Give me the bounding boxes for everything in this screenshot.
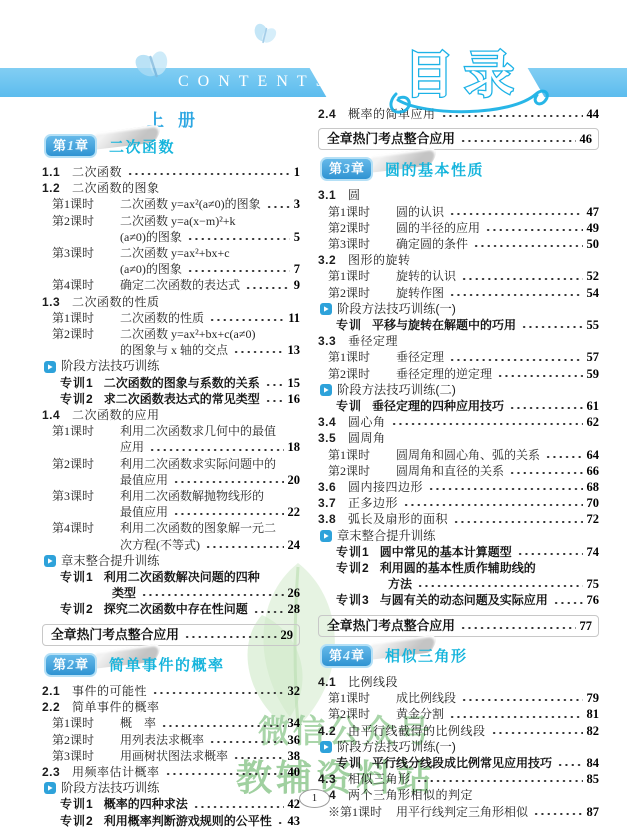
toc-logo: 目录	[380, 32, 556, 122]
section-title: 正多边形	[348, 495, 398, 511]
section-number: 4.2	[318, 723, 348, 739]
entry-text: 圆周角和圆心角、弧的关系	[396, 447, 540, 463]
toc-special-training-row: 专训2探究二次函数中存在性问题28	[42, 601, 300, 617]
chapter-banner: 第4章相似三角形	[320, 643, 599, 669]
dot-leader	[141, 593, 283, 597]
lesson-label: 第1课时	[52, 423, 110, 439]
entry-text: 二次函数的图象与系数的关系	[104, 375, 260, 391]
chapter-title: 相似三角形	[385, 645, 468, 666]
entry-text: 全章热门考点整合应用	[327, 618, 455, 634]
section-number: 1.2	[42, 180, 72, 196]
toc-section-row: 1.4二次函数的应用	[42, 407, 300, 423]
section-title: 圆周角	[348, 430, 386, 446]
page-number: 50	[587, 236, 600, 252]
lesson-label: 第1课时	[328, 447, 386, 463]
toc-section-row: 1.1二次函数1	[42, 164, 300, 180]
toc-section-row: 1.2二次函数的图象	[42, 180, 300, 196]
page-number: 16	[288, 391, 301, 407]
toc-lesson-row: 第1课时圆的认识47	[318, 204, 599, 220]
page-number: 24	[288, 537, 301, 553]
dot-leader	[416, 779, 583, 783]
left-toc-rows: 第1章二次函数1.1二次函数11.2二次函数的图象第1课时二次函数 y=ax²(…	[42, 133, 300, 829]
dot-leader	[553, 601, 583, 605]
lesson-label: 第1课时	[52, 715, 110, 731]
entry-text: 圆周角和直径的关系	[396, 463, 504, 479]
entry-text: 探究二次函数中存在性问题	[104, 601, 248, 617]
chapter-badge-post: 章	[351, 159, 364, 178]
lesson-label: 第1课时	[52, 196, 110, 212]
toc-lesson-row: 第4课时确定二次函数的表达式9	[42, 277, 300, 293]
training-label: 专训	[336, 317, 362, 333]
page-number: 59	[587, 366, 600, 382]
training-label: 专训1	[60, 375, 94, 391]
entry-text: 垂径定理的四种应用技巧	[372, 398, 504, 414]
chapter-badge-number: 3	[343, 160, 350, 179]
chapter-badge-post: 章	[351, 646, 364, 665]
page-number: 61	[587, 398, 600, 414]
training-label: 专训	[336, 398, 362, 414]
toc-lesson-row: 第1课时二次函数的性质11	[42, 310, 300, 326]
toc-special-training-row: 专训垂径定理的四种应用技巧61	[318, 398, 599, 414]
dot-leader	[449, 212, 582, 216]
dot-leader	[152, 691, 283, 695]
entry-text: 全章热门考点整合应用	[327, 131, 455, 147]
section-title: 圆内接四边形	[348, 479, 423, 495]
toc-page: 微信公众号 教辅资料站 CONTENTS 目录 上册 第1章二次函数1.1二次函…	[0, 0, 627, 830]
toc-special-training-row: 专训平移与旋转在解题中的巧用55	[318, 317, 599, 333]
section-number: 2.2	[42, 699, 72, 715]
section-number: 4.1	[318, 674, 348, 690]
training-label: 专训2	[60, 813, 94, 829]
page-number: 28	[288, 601, 301, 617]
chapter-hot-points-row: 全章热门考点整合应用77	[318, 615, 599, 637]
entry-text: 方法	[388, 576, 412, 592]
dot-leader	[127, 172, 290, 176]
entry-text: 二次函数 y=a(x−m)²+k	[120, 213, 236, 229]
page-number: 5	[294, 229, 300, 245]
section-number: 1.3	[42, 294, 72, 310]
page-number: 84	[587, 755, 600, 771]
chapter-badge: 第3章	[320, 157, 373, 181]
page-number: 66	[587, 463, 600, 479]
page-number: 68	[587, 479, 600, 495]
page-number: 82	[587, 723, 600, 739]
chapter-banner: 第1章二次函数	[44, 133, 300, 159]
play-icon	[320, 741, 332, 753]
page-number: 3	[294, 196, 300, 212]
page-number: 36	[288, 732, 301, 748]
play-icon	[320, 384, 332, 396]
section-number: 2.1	[42, 683, 72, 699]
section-number: 3.3	[318, 333, 348, 349]
chapter-title: 简单事件的概率	[109, 654, 225, 675]
dot-leader	[428, 487, 582, 491]
section-title: 二次函数的图象	[72, 180, 160, 196]
toc-section-row: 2.1事件的可能性32	[42, 683, 300, 699]
toc-section-row: 3.4圆心角62	[318, 414, 599, 430]
toc-section-row: 1.3二次函数的性质	[42, 294, 300, 310]
section-title: 二次函数的性质	[72, 294, 160, 310]
toc-section-row: 4.1比例线段	[318, 674, 599, 690]
toc-lesson-row: 第1课时旋转的认识52	[318, 268, 599, 284]
dot-leader	[403, 503, 582, 507]
training-header-text: 阶段方法技巧训练(一)	[337, 739, 456, 755]
entry-text: 二次函数 y=ax²(a≠0)的图象	[120, 196, 261, 212]
logo-text: 目录	[404, 47, 524, 103]
section-title: 圆心角	[348, 414, 386, 430]
toc-continuation-row: 应用18	[42, 439, 300, 455]
toc-special-training-row: 专训2求二次函数表达式的常见类型16	[42, 391, 300, 407]
entry-text: 垂径定理的逆定理	[396, 366, 492, 382]
entry-text: 二次函数 y=ax²+bx+c(a≠0)	[120, 326, 255, 342]
lesson-label: 第3课时	[328, 236, 386, 252]
toc-lesson-row: 第3课时二次函数 y=ax²+bx+c	[42, 245, 300, 261]
page-number: 46	[580, 131, 593, 147]
toc-lesson-row: 第1课时概 率34	[42, 715, 300, 731]
dot-leader	[149, 448, 283, 452]
toc-section-row: 4.3相似三角形85	[318, 771, 599, 787]
toc-section-row: 3.8弧长及扇形的面积72	[318, 511, 599, 527]
toc-lesson-row: 第2课时利用二次函数求实际问题中的	[42, 456, 300, 472]
dot-leader	[209, 740, 283, 744]
dot-leader	[491, 731, 583, 735]
right-toc-rows: 2.4概率的简单应用44全章热门考点整合应用46第3章圆的基本性质3.1圆第1课…	[318, 106, 599, 820]
section-title: 相似三角形	[348, 771, 411, 787]
chapter-badge-pre: 第	[329, 159, 342, 178]
toc-continuation-row: (a≠0)的图象5	[42, 229, 300, 245]
section-title: 事件的可能性	[72, 683, 147, 699]
dot-leader	[460, 626, 576, 630]
lesson-label: 第1课时	[328, 690, 386, 706]
entry-text: 成比例线段	[396, 690, 456, 706]
chapter-badge-post: 章	[75, 136, 88, 155]
training-header-row: 章末整合提升训练	[318, 528, 599, 544]
entry-text: 黄金分割	[396, 706, 444, 722]
entry-text: (a≠0)的图象	[120, 229, 182, 245]
entry-text: 利用二次函数解抛物线形的	[120, 488, 264, 504]
dot-leader	[266, 205, 290, 209]
training-header-row: 阶段方法技巧训练	[42, 780, 300, 796]
training-label: 专训1	[60, 796, 94, 812]
training-header-row: 阶段方法技巧训练(一)	[318, 739, 599, 755]
toc-lesson-row: 第1课时利用二次函数求几何中的最值	[42, 423, 300, 439]
entry-text: 用平行线判定三角形相似	[396, 804, 528, 820]
training-label: 专训1	[336, 544, 370, 560]
training-header-row: 阶段方法技巧训练(二)	[318, 382, 599, 398]
lesson-label: 第2课时	[328, 220, 386, 236]
chapter-title: 二次函数	[109, 136, 175, 157]
page-number: 44	[587, 106, 600, 122]
page-number: 72	[587, 511, 600, 527]
chapter-badge: 第4章	[320, 644, 373, 668]
dot-leader	[265, 383, 284, 387]
entry-text: 垂径定理	[396, 349, 444, 365]
page-number: 70	[587, 495, 600, 511]
toc-lesson-row: 第2课时旋转作图54	[318, 285, 599, 301]
entry-text: 与圆有关的动态问题及实际应用	[380, 592, 548, 608]
lesson-label: 第4课时	[52, 520, 110, 536]
dot-leader	[545, 455, 582, 459]
toc-lesson-row: 第1课时圆周角和圆心角、弧的关系64	[318, 447, 599, 463]
dot-leader	[391, 422, 583, 426]
entry-text: 平移与旋转在解题中的巧用	[372, 317, 516, 333]
dot-leader	[533, 812, 582, 816]
section-number: 3.8	[318, 511, 348, 527]
section-title: 二次函数的应用	[72, 407, 160, 423]
chapter-badge-pre: 第	[329, 646, 342, 665]
dot-leader	[277, 821, 284, 825]
page-number: 62	[587, 414, 600, 430]
section-title: 用频率估计概率	[72, 764, 160, 780]
dot-leader	[449, 715, 582, 719]
dot-leader	[517, 552, 583, 556]
training-header-text: 章末整合提升训练	[61, 553, 159, 569]
butterfly-icon	[249, 21, 279, 51]
page-number: 75	[587, 576, 600, 592]
toc-lesson-row: 第2课时二次函数 y=a(x−m)²+k	[42, 213, 300, 229]
entry-text: 用列表法求概率	[120, 732, 204, 748]
entry-text: 利用二次函数解决问题的四种	[104, 569, 260, 585]
page-number: 77	[580, 618, 593, 634]
toc-section-row: 3.2图形的旋转	[318, 252, 599, 268]
chapter-badge: 第1章	[44, 134, 97, 158]
page-number: 85	[587, 771, 600, 787]
toc-lesson-row: ※第1课时用平行线判定三角形相似87	[318, 804, 599, 820]
entry-text: 二次函数的性质	[120, 310, 204, 326]
training-label: 专训	[336, 755, 362, 771]
chapter-badge-number: 1	[67, 137, 74, 156]
training-header-text: 阶段方法技巧训练(二)	[337, 382, 456, 398]
toc-lesson-row: 第2课时圆周角和直径的关系66	[318, 463, 599, 479]
dot-leader	[209, 318, 284, 322]
page-number: 9	[294, 277, 300, 293]
toc-lesson-row: 第2课时用列表法求概率36	[42, 732, 300, 748]
section-title: 两个三角形相似的判定	[348, 787, 473, 803]
toc-lesson-row: 第1课时二次函数 y=ax²(a≠0)的图象3	[42, 196, 300, 212]
entry-text: 的图象与 x 轴的交点	[120, 342, 228, 358]
training-label: 专训2	[60, 391, 94, 407]
page-number: 32	[288, 683, 301, 699]
lesson-label: 第1课时	[328, 204, 386, 220]
entry-text: 应用	[120, 439, 144, 455]
training-label: 专训2	[60, 601, 94, 617]
dot-leader	[417, 584, 582, 588]
entry-text: 最值应用	[120, 472, 168, 488]
dot-leader	[557, 763, 582, 767]
page-number: 47	[587, 204, 600, 220]
dot-leader	[253, 610, 284, 614]
page-number: 11	[288, 310, 300, 326]
entry-text: 利用二次函数的图象解一元二	[120, 520, 276, 536]
chapter-badge-number: 4	[343, 647, 350, 666]
dot-leader	[173, 512, 283, 516]
dot-leader	[184, 635, 277, 639]
toc-lesson-row: 第1课时成比例线段79	[318, 690, 599, 706]
entry-text: 圆的认识	[396, 204, 444, 220]
dot-leader	[165, 772, 284, 776]
lesson-label: 第1课时	[52, 310, 110, 326]
section-title: 圆	[348, 187, 361, 203]
entry-text: 最值应用	[120, 504, 168, 520]
entry-text: 求二次函数表达式的常见类型	[104, 391, 260, 407]
dot-leader	[205, 545, 284, 549]
training-label: 专训1	[60, 569, 94, 585]
training-header-row: 阶段方法技巧训练(一)	[318, 301, 599, 317]
chapter-badge-pre: 第	[53, 136, 66, 155]
dot-leader	[461, 698, 582, 702]
section-number: 2.4	[318, 106, 348, 122]
dot-leader	[461, 277, 582, 281]
dot-leader	[509, 471, 582, 475]
contents-label: CONTENTS	[178, 73, 330, 91]
page-number: 76	[587, 592, 600, 608]
entry-text: 平行线分线段成比例常见应用技巧	[372, 755, 552, 771]
training-header-text: 阶段方法技巧训练(一)	[337, 301, 456, 317]
lesson-label: 第3课时	[52, 488, 110, 504]
chapter-banner: 第2章简单事件的概率	[44, 652, 300, 678]
training-header-text: 阶段方法技巧训练	[61, 358, 159, 374]
dot-leader	[187, 237, 290, 241]
chapter-badge-post: 章	[75, 655, 88, 674]
section-number: 3.4	[318, 414, 348, 430]
toc-continuation-row: 的图象与 x 轴的交点13	[42, 342, 300, 358]
page-number: 20	[288, 472, 301, 488]
toc-section-row: 4.2由平行线截得的比例线段82	[318, 723, 599, 739]
page-number: 1	[294, 164, 300, 180]
entry-text: 全章热门考点整合应用	[51, 627, 179, 643]
dot-leader	[485, 228, 582, 232]
toc-special-training-row: 专训1圆中常见的基本计算题型74	[318, 544, 599, 560]
entry-text: 旋转的认识	[396, 268, 456, 284]
chapter-banner: 第3章圆的基本性质	[320, 156, 599, 182]
toc-section-row: 3.3垂径定理	[318, 333, 599, 349]
toc-continuation-row: 最值应用20	[42, 472, 300, 488]
entry-text: 旋转作图	[396, 285, 444, 301]
section-title: 图形的旋转	[348, 252, 411, 268]
lesson-label: 第2课时	[52, 732, 110, 748]
page-number: 13	[288, 342, 301, 358]
toc-lesson-row: 第1课时垂径定理57	[318, 349, 599, 365]
entry-text: 利用概率判断游戏规则的公平性	[104, 813, 272, 829]
section-number: 4.3	[318, 771, 348, 787]
volume-title: 上册	[42, 106, 300, 128]
training-label: 专训2	[336, 560, 370, 576]
toc-continuation-row: 次方程(不等式)24	[42, 537, 300, 553]
lesson-label: 第2课时	[52, 326, 110, 342]
lesson-label: 第3课时	[52, 245, 110, 261]
section-number: 3.2	[318, 252, 348, 268]
dot-leader	[233, 756, 283, 760]
toc-section-row: 3.1圆	[318, 187, 599, 203]
toc-section-row: 3.5圆周角	[318, 430, 599, 446]
page-number: 34	[288, 715, 301, 731]
toc-lesson-row: 第2课时黄金分割81	[318, 706, 599, 722]
play-icon	[44, 361, 56, 373]
toc-special-training-row: 专训2利用圆的基本性质作辅助线的	[318, 560, 599, 576]
lesson-label: 第1课时	[328, 268, 386, 284]
training-header-row: 章末整合提升训练	[42, 553, 300, 569]
footer-page-badge: 1	[299, 789, 330, 808]
section-number: 3.1	[318, 187, 348, 203]
training-label: 专训3	[336, 592, 370, 608]
dot-leader	[173, 480, 283, 484]
section-number: 1.4	[42, 407, 72, 423]
toc-lesson-row: 第4课时利用二次函数的图象解一元二	[42, 520, 300, 536]
page-number: 54	[587, 285, 600, 301]
page-number: 26	[288, 585, 301, 601]
page-number: 49	[587, 220, 600, 236]
lesson-label: 第2课时	[328, 285, 386, 301]
right-column: 2.4概率的简单应用44全章热门考点整合应用46第3章圆的基本性质3.1圆第1课…	[318, 106, 599, 820]
play-icon	[320, 303, 332, 315]
entry-text: 概 率	[120, 715, 156, 731]
toc-lesson-row: 第2课时圆的半径的应用49	[318, 220, 599, 236]
toc-special-training-row: 专训3与圆有关的动态问题及实际应用76	[318, 592, 599, 608]
toc-section-row: 4.4两个三角形相似的判定	[318, 787, 599, 803]
entry-text: 概率的四种求法	[104, 796, 188, 812]
page-number: 55	[587, 317, 600, 333]
footer-page-number: 1	[312, 793, 317, 804]
section-number: 3.7	[318, 495, 348, 511]
toc-special-training-row: 专训2利用概率判断游戏规则的公平性43	[42, 813, 300, 829]
section-number: 2.3	[42, 764, 72, 780]
dot-leader	[449, 358, 582, 362]
page-number: 29	[281, 627, 294, 643]
page-number: 81	[587, 706, 600, 722]
toc-section-row: 3.7正多边形70	[318, 495, 599, 511]
dot-leader	[161, 724, 283, 728]
page-number: 74	[587, 544, 600, 560]
lesson-label: 第2课时	[328, 463, 386, 479]
page-number: 57	[587, 349, 600, 365]
entry-text: 利用圆的基本性质作辅助线的	[380, 560, 536, 576]
lesson-label: ※第1课时	[328, 804, 386, 820]
section-title: 二次函数	[72, 164, 122, 180]
section-title: 由平行线截得的比例线段	[348, 723, 486, 739]
lesson-label: 第2课时	[52, 213, 110, 229]
dot-leader	[497, 374, 582, 378]
dot-leader	[509, 406, 582, 410]
toc-training-continuation-row: 类型26	[42, 585, 300, 601]
page-number: 52	[587, 268, 600, 284]
page-number: 64	[587, 447, 600, 463]
chapter-badge: 第2章	[44, 653, 97, 677]
toc-special-training-row: 专训1概率的四种求法42	[42, 796, 300, 812]
page-number: 18	[288, 439, 301, 455]
page-number: 7	[294, 261, 300, 277]
toc-lesson-row: 第2课时垂径定理的逆定理59	[318, 366, 599, 382]
entry-text: 二次函数 y=ax²+bx+c	[120, 245, 230, 261]
toc-lesson-row: 第3课时利用二次函数解抛物线形的	[42, 488, 300, 504]
section-number: 3.6	[318, 479, 348, 495]
section-title: 弧长及扇形的面积	[348, 511, 448, 527]
dot-leader	[521, 325, 582, 329]
entry-text: 圆中常见的基本计算题型	[380, 544, 512, 560]
lesson-label: 第3课时	[52, 748, 110, 764]
lesson-label: 第4课时	[52, 277, 110, 293]
toc-section-row: 2.3用频率估计概率40	[42, 764, 300, 780]
dot-leader	[245, 286, 290, 290]
dot-leader	[187, 269, 290, 273]
page-number: 22	[288, 504, 301, 520]
entry-text: 确定圆的条件	[396, 236, 468, 252]
chapter-hot-points-row: 全章热门考点整合应用46	[318, 128, 599, 150]
entry-text: 类型	[112, 585, 136, 601]
entry-text: 确定二次函数的表达式	[120, 277, 240, 293]
dot-leader	[449, 293, 582, 297]
toc-section-row: 2.2简单事件的概率	[42, 699, 300, 715]
dot-leader	[453, 520, 582, 524]
